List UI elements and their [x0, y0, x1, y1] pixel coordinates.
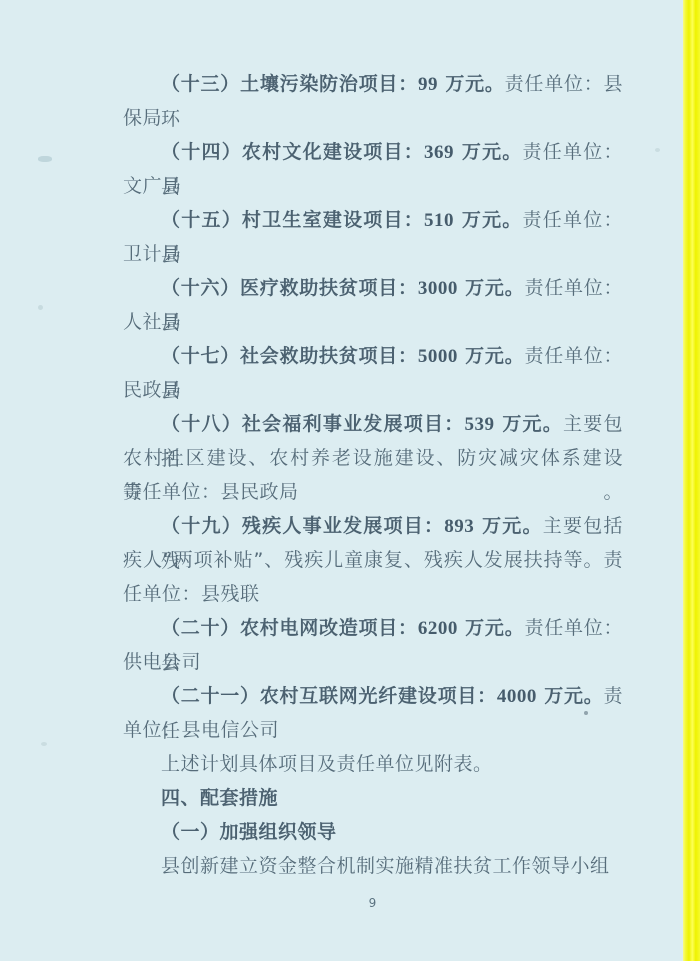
text-line: 县创新建立资金整合机制实施精准扶贫工作领导小组 — [123, 849, 623, 883]
text-line: 任单位：县残联 — [123, 577, 623, 611]
scan-speck — [41, 742, 47, 746]
bold-text-segment: （十九）残疾人事业发展项目： — [161, 515, 444, 537]
bold-text-segment: 万元。 — [494, 413, 563, 435]
bold-text-segment: 6200 — [418, 618, 458, 639]
bold-text-segment: 万元。 — [454, 209, 523, 231]
bold-text-segment: 四、配套措施 — [161, 787, 278, 809]
bold-text-segment: （二十）农村电网改造项目： — [161, 617, 418, 639]
text-line: （十四）农村文化建设项目：369 万元。责任单位：县 — [123, 135, 623, 169]
text-line: （十三）土壤污染防治项目：99 万元。责任单位：县环 — [123, 67, 623, 101]
bold-text-segment: （十五）村卫生室建设项目： — [161, 209, 424, 231]
text-line: 疾人“两项补贴”、残疾儿童康复、残疾人发展扶持等。责 — [123, 543, 623, 577]
text-segment: 人社局 — [123, 311, 182, 333]
text-line: 保局 — [123, 101, 623, 135]
bold-text-segment: 369 — [424, 142, 454, 163]
text-line: 民政局 — [123, 373, 623, 407]
text-line: （二十）农村电网改造项目：6200 万元。责任单位：县 — [123, 611, 623, 645]
bold-text-segment: 5000 — [418, 346, 458, 367]
bold-text-segment: 4000 — [497, 686, 537, 707]
bold-text-segment: （十六）医疗救助扶贫项目： — [161, 277, 418, 299]
bold-text-segment: （十三）土壤污染防治项目： — [161, 73, 418, 95]
text-line: （二十一）农村互联网光纤建设项目：4000 万元。责任 — [123, 679, 623, 713]
text-segment: 县创新建立资金整合机制实施精准扶贫工作领导小组 — [161, 855, 610, 877]
text-line: 单位：县电信公司 — [123, 713, 623, 747]
bold-text-segment: 万元。 — [458, 345, 525, 367]
text-line: （十九）残疾人事业发展项目：893 万元。主要包括残 — [123, 509, 623, 543]
bold-text-segment: 万元。 — [537, 685, 604, 707]
page-number: 9 — [123, 896, 623, 910]
text-segment: 保局 — [123, 107, 162, 129]
bold-text-segment: 539 — [464, 414, 494, 435]
text-line: 文广局 — [123, 169, 623, 203]
text-line: （十五）村卫生室建设项目：510 万元。责任单位：县 — [123, 203, 623, 237]
text-segment: 疾人“两项补贴”、残疾儿童康复、残疾人发展扶持等。责 — [123, 549, 623, 571]
document-body: （十三）土壤污染防治项目：99 万元。责任单位：县环保局（十四）农村文化建设项目… — [123, 67, 623, 883]
bold-text-segment: 万元。 — [458, 617, 525, 639]
text-segment: 供电公司 — [123, 651, 201, 673]
scan-speck — [655, 148, 660, 152]
bold-text-segment: （二十一）农村互联网光纤建设项目： — [161, 685, 497, 707]
scan-speck — [38, 305, 43, 310]
bold-text-segment: 893 — [444, 516, 474, 537]
scan-speck — [584, 711, 588, 715]
text-line: （十八）社会福利事业发展项目：539 万元。主要包括 — [123, 407, 623, 441]
text-segment: 上述计划具体项目及责任单位见附表。 — [161, 753, 493, 775]
bold-text-segment: （十四）农村文化建设项目： — [161, 141, 424, 163]
scanned-document-page: （十三）土壤污染防治项目：99 万元。责任单位：县环保局（十四）农村文化建设项目… — [0, 0, 700, 961]
bold-text-segment: 3000 — [418, 278, 458, 299]
bold-text-segment: 99 — [418, 74, 438, 95]
bold-text-segment: 万元。 — [474, 515, 543, 537]
text-line: 农村社区建设、农村养老设施建设、防灾减灾体系建设等。 — [123, 441, 623, 475]
text-line: 上述计划具体项目及责任单位见附表。 — [123, 747, 623, 781]
bold-text-segment: （十七）社会救助扶贫项目： — [161, 345, 418, 367]
bold-text-segment: （十八）社会福利事业发展项目： — [161, 413, 464, 435]
bold-text-segment: （一）加强组织领导 — [161, 821, 337, 843]
text-segment: 文广局 — [123, 175, 182, 197]
text-segment: 单位：县电信公司 — [123, 719, 279, 741]
text-line: （一）加强组织领导 — [123, 815, 623, 849]
text-segment: 民政局 — [123, 379, 182, 401]
text-line: （十七）社会救助扶贫项目：5000 万元。责任单位：县 — [123, 339, 623, 373]
bold-text-segment: 510 — [424, 210, 454, 231]
bold-text-segment: 万元。 — [458, 277, 525, 299]
text-line: （十六）医疗救助扶贫项目：3000 万元。责任单位：县 — [123, 271, 623, 305]
scan-speck — [38, 156, 52, 162]
text-segment: 卫计局 — [123, 243, 182, 265]
text-line: 四、配套措施 — [123, 781, 623, 815]
bold-text-segment: 万元。 — [454, 141, 523, 163]
text-line: 人社局 — [123, 305, 623, 339]
bold-text-segment: 万元。 — [438, 73, 505, 95]
text-segment: 任单位：县残联 — [123, 583, 260, 605]
scan-edge-strip — [683, 0, 700, 961]
text-line: 卫计局 — [123, 237, 623, 271]
text-line: 供电公司 — [123, 645, 623, 679]
text-segment: 责任单位：县民政局 — [123, 481, 299, 503]
